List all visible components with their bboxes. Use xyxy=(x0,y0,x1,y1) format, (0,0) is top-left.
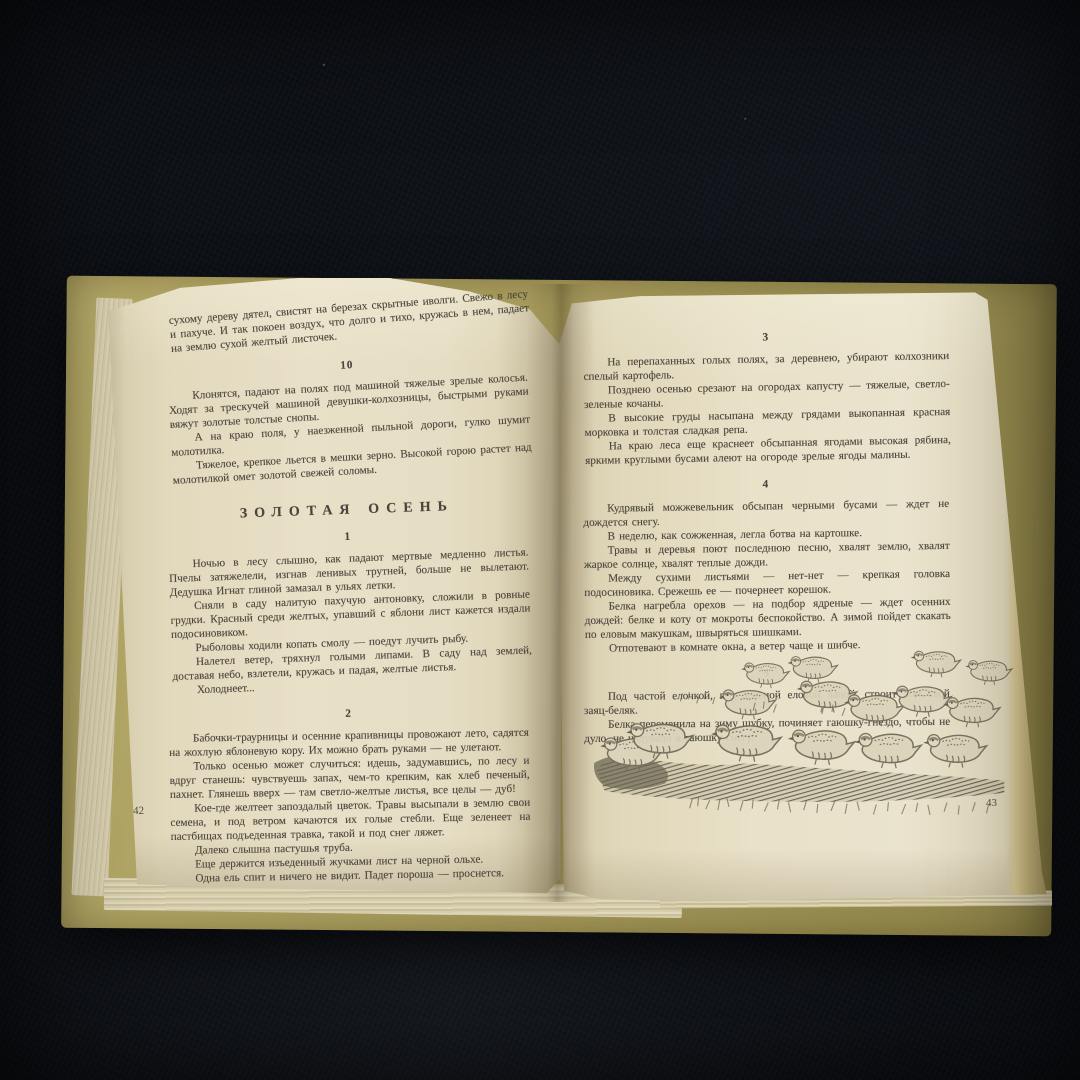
chapter-title: ЗОЛОТАЯ ОСЕНЬ xyxy=(167,497,527,524)
paragraph: На краю леса еще краснеет обсыпанная яго… xyxy=(585,433,951,468)
section-4: 4 Кудрявый можжевельник обсыпан черными … xyxy=(583,475,951,656)
partridge-bird xyxy=(787,656,837,683)
partridge-bird xyxy=(911,651,961,678)
partridge-birds xyxy=(599,650,1013,771)
partridge-bird xyxy=(719,689,776,719)
left-page-text: сухому дереву дятел, свистят на березах … xyxy=(170,314,530,886)
partridge-flock-illustration xyxy=(591,644,1017,838)
partridge-bird xyxy=(965,660,1012,685)
page-number-right: 43 xyxy=(986,797,997,809)
chapter-title-and-section-1: ЗОЛОТАЯ ОСЕНЬ 1 Ночью в лесу слышно, как… xyxy=(167,497,533,697)
section-2: 2 Бабочки-траурницы и осенние крапивницы… xyxy=(168,704,531,886)
paragraph: Белка нагребла орехов — на подбор ядрены… xyxy=(584,595,951,642)
section-3: 3 На перепаханных голых полях, за деревн… xyxy=(583,327,952,468)
photo-of-open-book: сухому дереву дятел, свистят на березах … xyxy=(0,0,1080,1080)
paragraph: Кое-где желтеет запоздалый цветок. Травы… xyxy=(170,796,531,844)
partridge-bird xyxy=(923,734,987,768)
paragraph: Только осенью может случиться: идешь, за… xyxy=(169,754,530,802)
section-number: 2 xyxy=(168,704,528,724)
partridge-bird xyxy=(711,724,781,762)
partridge-bird xyxy=(854,733,921,769)
page-number-left: 42 xyxy=(133,805,144,817)
section-10: 10 Клонятся, падают на полях под машиной… xyxy=(167,349,533,488)
partridge-bird xyxy=(788,730,855,766)
partridge-bird xyxy=(943,697,1000,727)
partridge-bird xyxy=(893,686,952,718)
section-number: 4 xyxy=(583,475,949,494)
section-number: 1 xyxy=(168,523,528,550)
partridge-bird xyxy=(741,663,789,689)
partridge-bird xyxy=(797,681,857,713)
partridge-bird xyxy=(844,694,904,726)
